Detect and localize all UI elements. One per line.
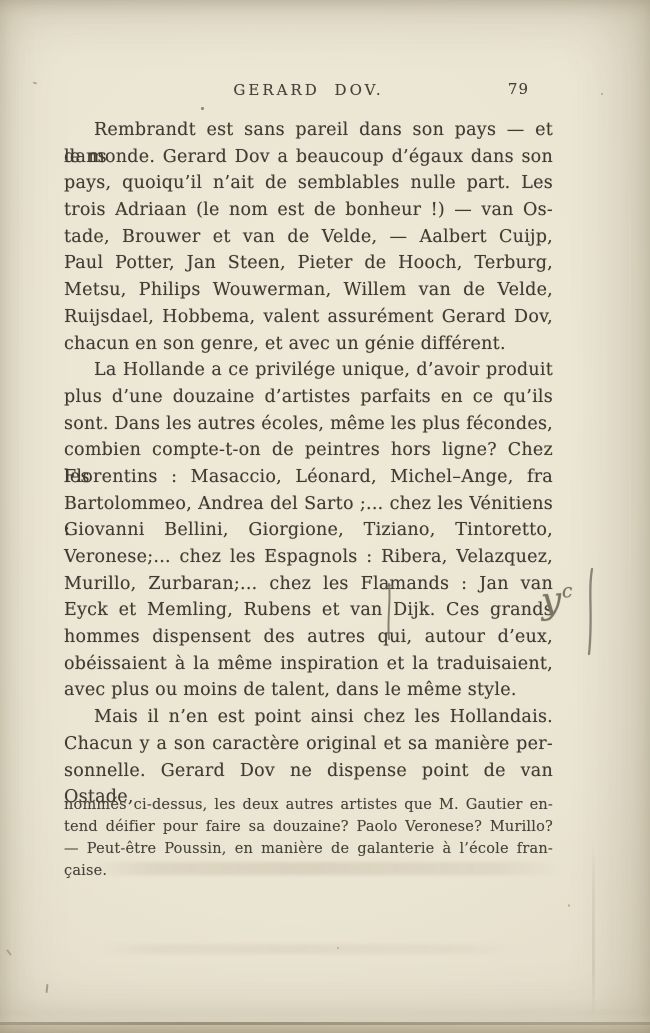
- pencil-annotation-superscript: c: [561, 580, 573, 603]
- text-line: Veronese;... chez les Espagnols : Ribera…: [64, 544, 553, 571]
- paragraph-3: Mais il n’en est point ainsi chez les Ho…: [64, 704, 553, 784]
- text-line: Paul Potter, Jan Steen, Pieter de Hooch,…: [64, 250, 553, 277]
- paper-speck: [46, 984, 49, 993]
- paper-speck: [201, 107, 204, 110]
- text-line: Giovanni Bellini, Giorgione, Tiziano, Ti…: [64, 517, 553, 544]
- running-title: GERARD DOV.: [233, 81, 383, 99]
- pencil-vertical-stroke: [584, 566, 598, 658]
- page-showthrough-smudge: [100, 944, 520, 954]
- text-line: La Hollande a ce privilége unique, d’avo…: [64, 357, 553, 384]
- text-line: le monde. Gerard Dov a beaucoup d’égaux …: [64, 144, 553, 171]
- paragraph-2: La Hollande a ce privilége unique, d’avo…: [64, 357, 553, 704]
- text-line: çaise.: [64, 860, 553, 882]
- text-line: Metsu, Philips Wouwerman, Willem van de …: [64, 277, 553, 304]
- footnote: nommés ci-dessus, les deux autres artist…: [64, 794, 553, 882]
- paper-speck: [337, 947, 339, 949]
- page-bottom-edge: [0, 1022, 650, 1025]
- page-crease: [592, 840, 595, 1020]
- book-page-photo: GERARD DOV. 79 Rembrandt est sans pareil…: [0, 0, 650, 1033]
- paper-speck: [568, 904, 570, 907]
- text-line: combien compte-t-on de peintres hors lig…: [64, 437, 553, 464]
- paper-speck: [601, 93, 603, 95]
- text-line: pays, quoiqu’il n’ait de semblables null…: [64, 170, 553, 197]
- text-line: sont. Dans les autres écoles, même les p…: [64, 411, 553, 438]
- text-line: Florentins : Masaccio, Léonard, Michel–A…: [64, 464, 553, 491]
- underlying-page-edge: [0, 1025, 650, 1033]
- text-line: plus d’une douzaine d’artistes parfaits …: [64, 384, 553, 411]
- text-line: Bartolommeo, Andrea del Sarto ;... chez …: [64, 491, 553, 518]
- running-header: GERARD DOV. 79: [64, 80, 553, 102]
- page-edge-highlight: [0, 1013, 650, 1022]
- paper-speck: [33, 81, 37, 84]
- text-line: obéissaient à la même inspiration et la …: [64, 651, 553, 678]
- paragraph-1: Rembrandt est sans pareil dans son pays …: [64, 117, 553, 357]
- text-line: nommés ci-dessus, les deux autres artist…: [64, 794, 553, 816]
- text-line: trois Adriaan (le nom est de bonheur !) …: [64, 197, 553, 224]
- page-number: 79: [508, 80, 529, 98]
- paper-speck: [6, 949, 12, 956]
- text-line: tend déifier pour faire sa douzaine? Pao…: [64, 816, 553, 838]
- text-line: chacun en son genre, et avec un génie di…: [64, 331, 553, 358]
- text-line: — Peut-être Poussin, en manière de galan…: [64, 838, 553, 860]
- text-line: hommes dispensent des autres qui, autour…: [64, 624, 553, 651]
- text-line: tade, Brouwer et van de Velde, — Aalbert…: [64, 224, 553, 251]
- text-line: Rembrandt est sans pareil dans son pays …: [64, 117, 553, 144]
- text-line: Ruijsdael, Hobbema, valent assurément Ge…: [64, 304, 553, 331]
- text-line: Murillo, Zurbaran;... chez les Flamands …: [64, 571, 553, 598]
- text-line: avec plus ou moins de talent, dans le mê…: [64, 677, 553, 704]
- text-line: Eyck et Memling, Rubens et van Dijk. Ces…: [64, 597, 553, 624]
- text-line: Mais il n’en est point ainsi chez les Ho…: [64, 704, 553, 731]
- text-line: Chacun y a son caractère original et sa …: [64, 731, 553, 758]
- text-line: sonnelle. Gerard Dov ne dispense point d…: [64, 758, 553, 785]
- body-text: Rembrandt est sans pareil dans son pays …: [64, 117, 553, 784]
